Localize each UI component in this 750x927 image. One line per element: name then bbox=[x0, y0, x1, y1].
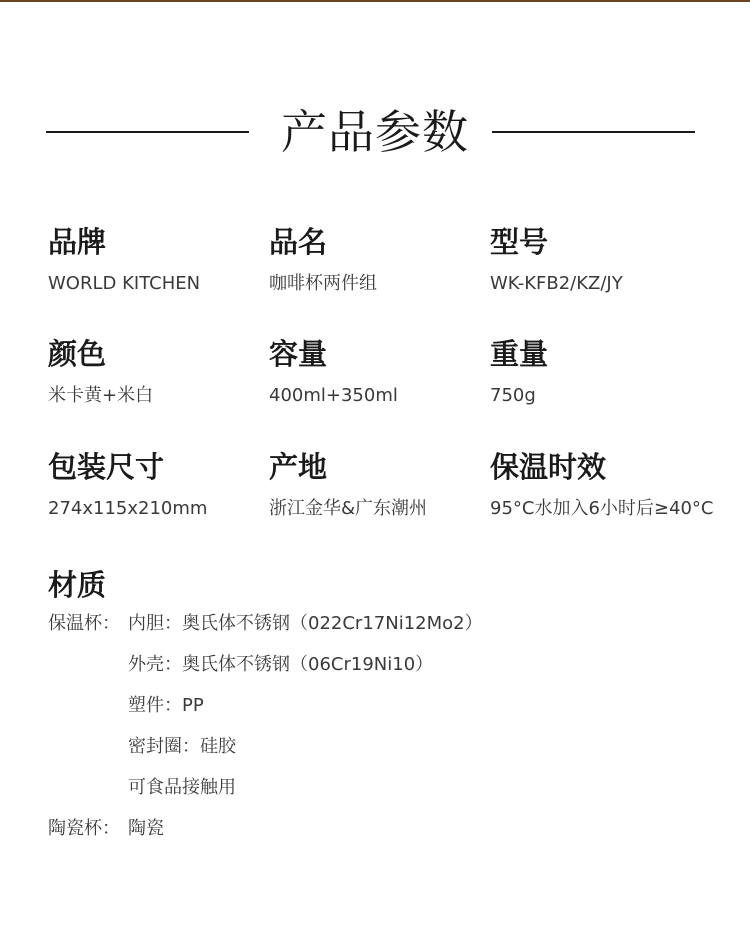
spec-capacity: 容量 400ml+350ml bbox=[269, 337, 509, 407]
spec-value: 浙江金华&广东潮州 bbox=[269, 498, 509, 520]
spec-label: 材质 bbox=[48, 568, 708, 602]
material-row: 可食品接触用 bbox=[48, 776, 708, 817]
spec-label: 重量 bbox=[490, 337, 730, 371]
spec-label: 容量 bbox=[269, 337, 509, 371]
material-row: 外壳：奥氏体不锈钢（06Cr19Ni10） bbox=[48, 653, 708, 694]
material-row: 保温杯： 内胆：奥氏体不锈钢（022Cr17Ni12Mo2） bbox=[48, 612, 708, 653]
spec-label: 颜色 bbox=[48, 337, 288, 371]
spec-material: 材质 保温杯： 内胆：奥氏体不锈钢（022Cr17Ni12Mo2） 外壳：奥氏体… bbox=[48, 568, 708, 858]
material-item: 塑件：PP bbox=[128, 694, 204, 718]
spec-color: 颜色 米卡黄+米白 bbox=[48, 337, 288, 407]
top-accent-border bbox=[0, 0, 750, 2]
spec-value: 95°C水加入6小时后≥40°C bbox=[490, 498, 730, 520]
spec-value: WK-KFB2/KZ/JY bbox=[490, 273, 730, 295]
title-divider-right bbox=[492, 131, 695, 133]
spec-model: 型号 WK-KFB2/KZ/JY bbox=[490, 225, 730, 295]
material-group: 保温杯： bbox=[48, 612, 120, 636]
material-row: 陶瓷杯： 陶瓷 bbox=[48, 817, 708, 858]
spec-value: 咖啡杯两件组 bbox=[269, 273, 509, 295]
spec-value: 400ml+350ml bbox=[269, 385, 509, 407]
spec-label: 品牌 bbox=[48, 225, 288, 259]
spec-package-size: 包装尺寸 274x115x210mm bbox=[48, 450, 288, 520]
spec-value: WORLD KITCHEN bbox=[48, 273, 288, 295]
spec-heat-retention: 保温时效 95°C水加入6小时后≥40°C bbox=[490, 450, 730, 520]
spec-origin: 产地 浙江金华&广东潮州 bbox=[269, 450, 509, 520]
material-group: 陶瓷杯： bbox=[48, 817, 120, 841]
material-item: 密封圈：硅胶 bbox=[128, 735, 236, 759]
material-row: 密封圈：硅胶 bbox=[48, 735, 708, 776]
spec-label: 包装尺寸 bbox=[48, 450, 288, 484]
spec-label: 型号 bbox=[490, 225, 730, 259]
spec-weight: 重量 750g bbox=[490, 337, 730, 407]
material-item: 外壳：奥氏体不锈钢（06Cr19Ni10） bbox=[128, 653, 433, 677]
spec-value: 750g bbox=[490, 385, 730, 407]
material-row: 塑件：PP bbox=[48, 694, 708, 735]
material-item: 内胆：奥氏体不锈钢（022Cr17Ni12Mo2） bbox=[128, 612, 483, 636]
spec-value: 274x115x210mm bbox=[48, 498, 288, 520]
spec-value: 米卡黄+米白 bbox=[48, 385, 288, 407]
spec-label: 产地 bbox=[269, 450, 509, 484]
material-item: 陶瓷 bbox=[128, 817, 164, 841]
material-item: 可食品接触用 bbox=[128, 776, 236, 800]
section-header: 产品参数 bbox=[0, 100, 750, 166]
spec-label: 保温时效 bbox=[490, 450, 730, 484]
spec-label: 品名 bbox=[269, 225, 509, 259]
spec-product-name: 品名 咖啡杯两件组 bbox=[269, 225, 509, 295]
spec-brand: 品牌 WORLD KITCHEN bbox=[48, 225, 288, 295]
